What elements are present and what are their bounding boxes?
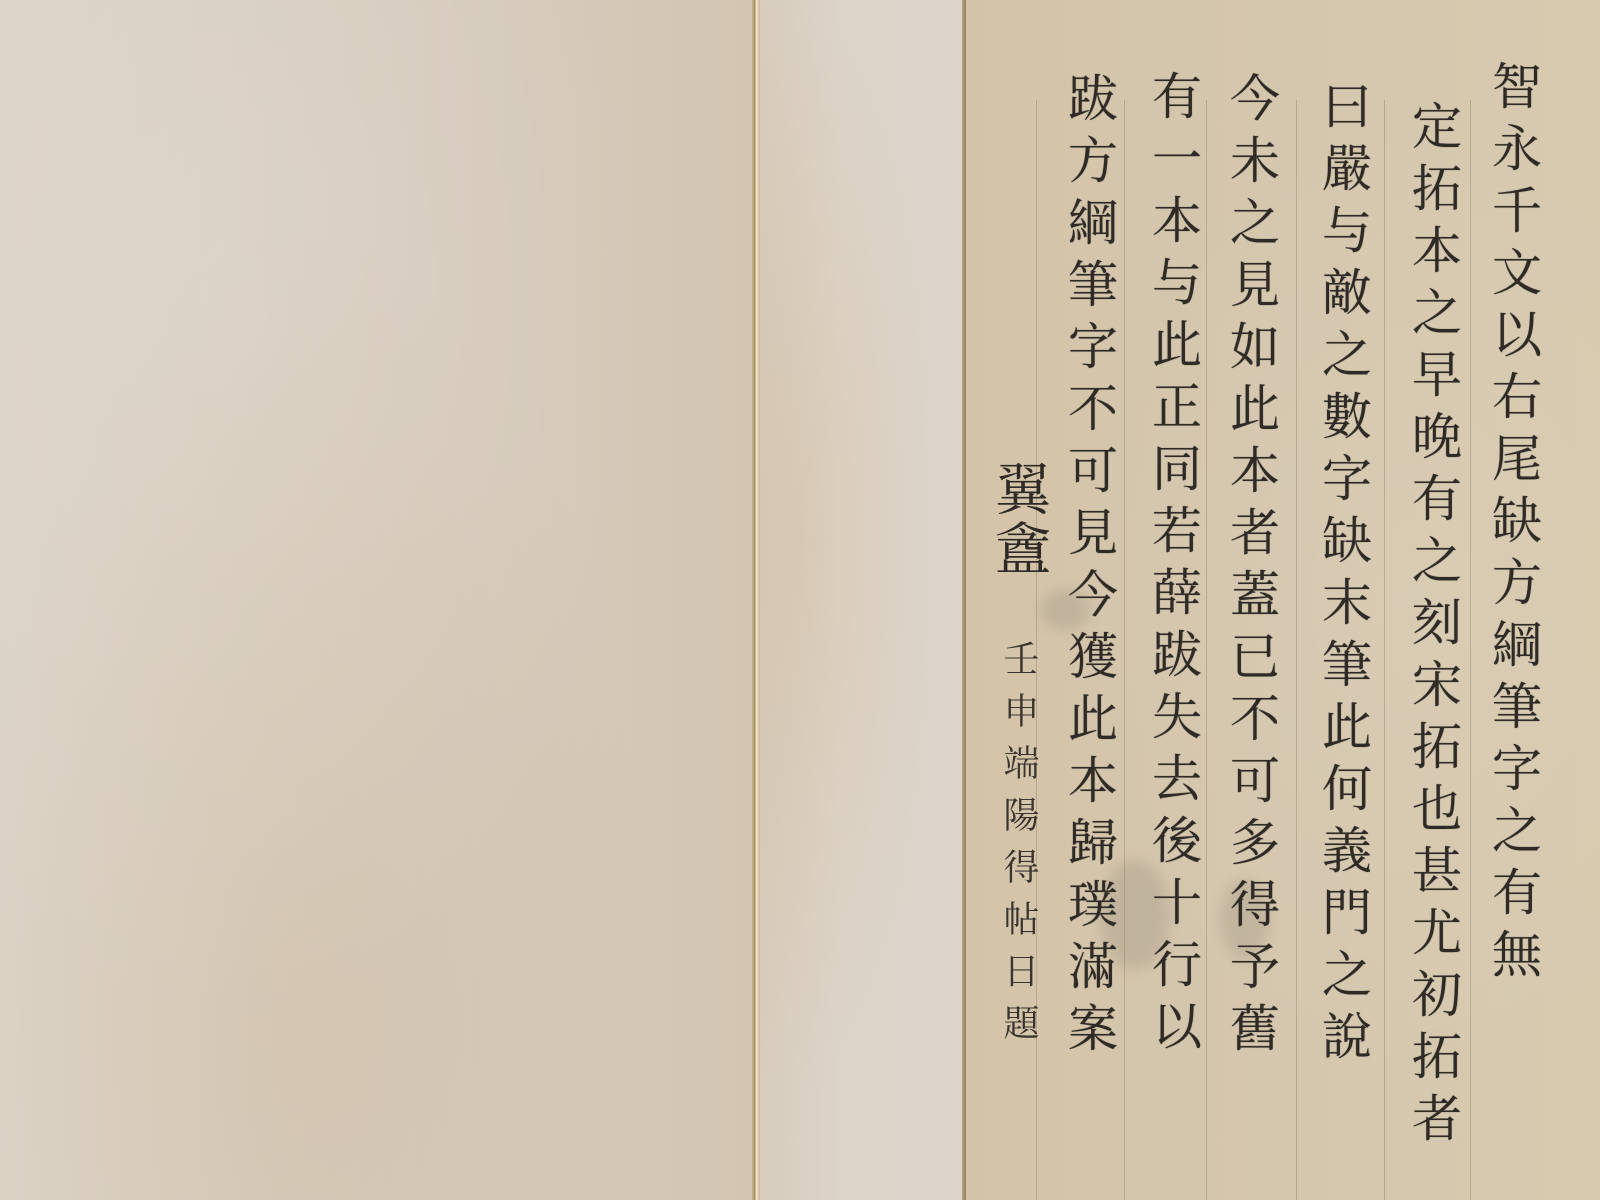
colophon-column-5: 有一本与此正同若薛跋失去後十行以: [1148, 70, 1198, 1062]
colophon-column-4: 今未之見如此本者蓋已不可多得予舊: [1226, 72, 1276, 1064]
column-rule: [1206, 100, 1207, 1200]
column-rule: [1470, 100, 1471, 1200]
mounting-strip: [760, 0, 962, 1200]
colophon-column-1: 智永千文以右尾缺方綱筆字之有無: [1488, 60, 1538, 990]
colophon-column-3: 曰嚴与敵之數字缺末筆此何義門之說: [1318, 80, 1368, 1072]
dateline-inscription: 壬申端陽得帖日題: [1000, 640, 1036, 1056]
album-spine-fold: [752, 0, 760, 1200]
column-rule: [1124, 100, 1125, 1200]
colophon-column-2: 定拓本之早晚有之刻宋拓也甚尤初拓者: [1408, 100, 1458, 1154]
column-rule: [1384, 100, 1385, 1200]
column-rule: [1296, 100, 1297, 1200]
colophon-column-6: 跋方綱筆字不可見今獲此本歸璞滿案: [1064, 72, 1114, 1064]
signature: 翼盦: [990, 460, 1046, 580]
blank-left-page: [0, 0, 752, 1200]
